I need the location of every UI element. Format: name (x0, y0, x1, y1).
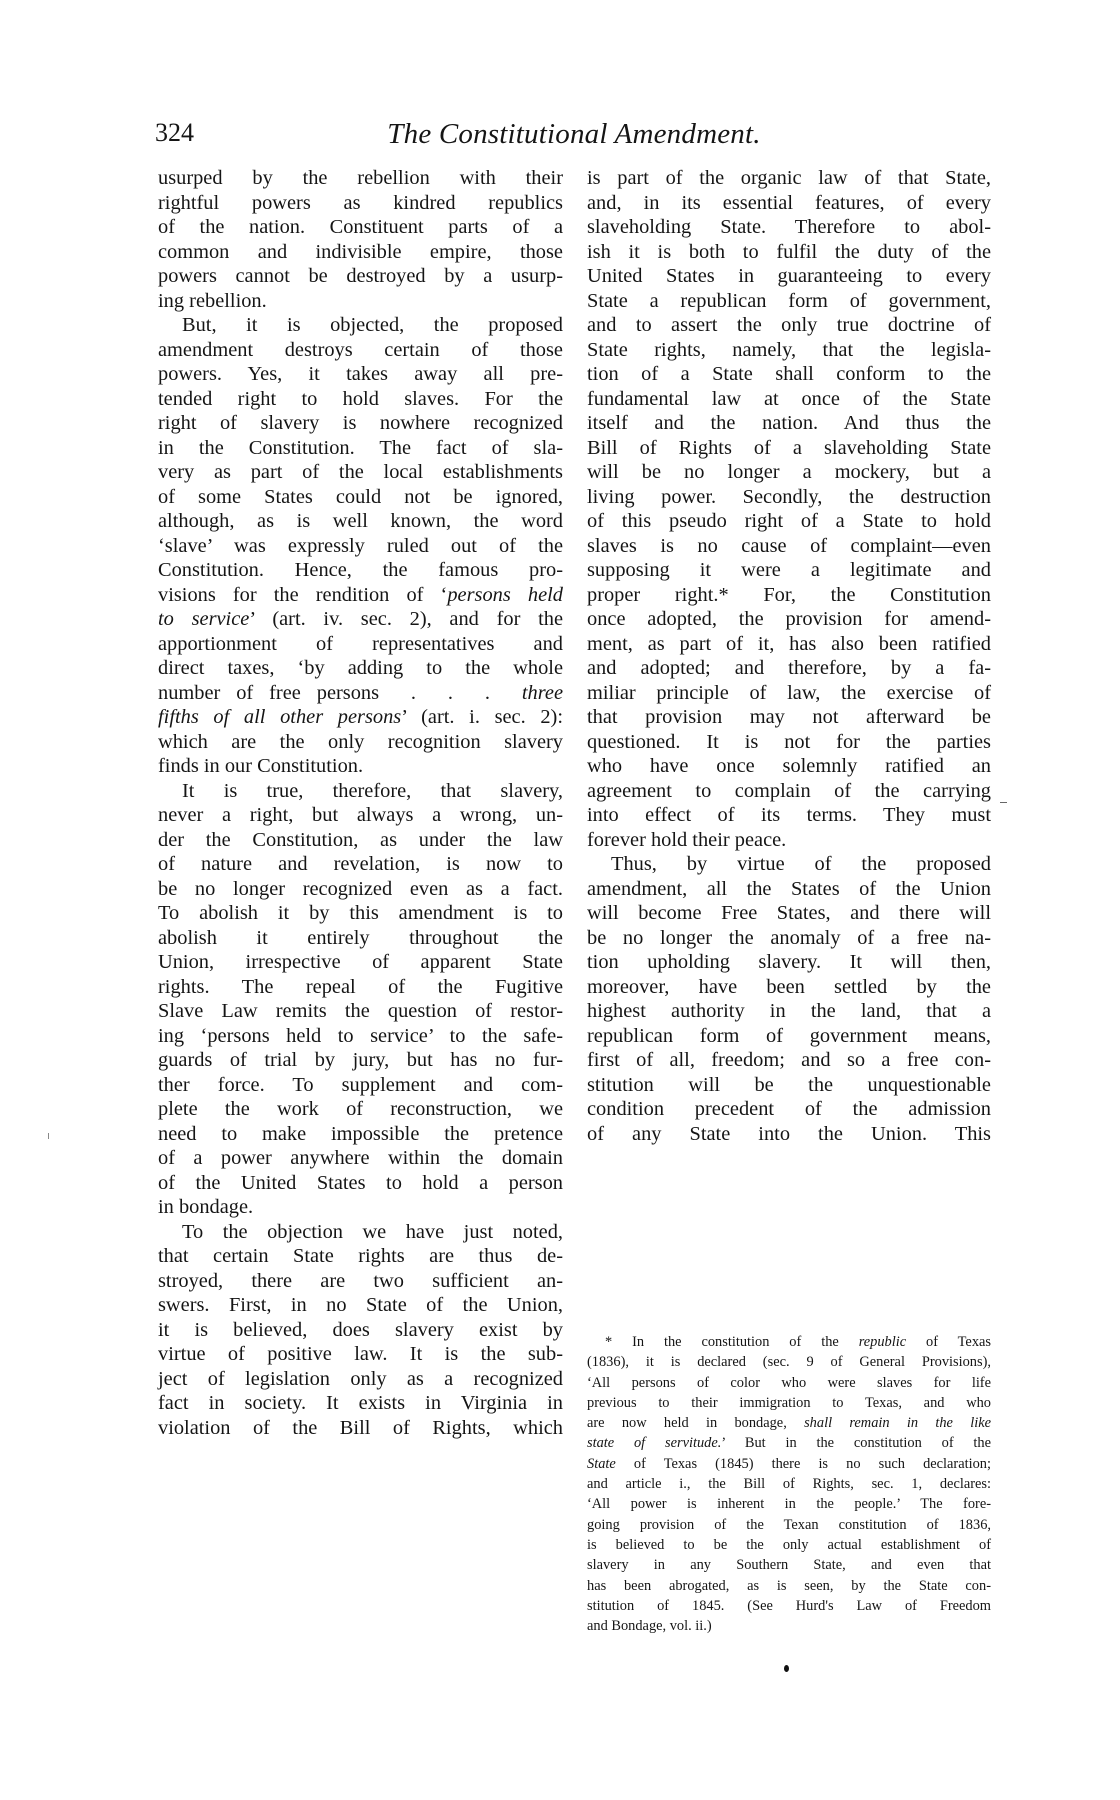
text-line: is believed to be the only actual establ… (587, 1535, 991, 1555)
text-line: slaveholding State. Therefore to abol- (587, 215, 991, 240)
text-line: be no longer the anomaly of a free na- (587, 926, 991, 951)
text-line: finds in our Constitution. (158, 754, 563, 779)
text-line: State rights, namely, that the legisla- (587, 338, 991, 363)
text-line: slavery in any Southern State, and even … (587, 1555, 991, 1575)
text-line: der the Constitution, as under the law (158, 828, 563, 853)
text-line: and Bondage, vol. ii.) (587, 1616, 991, 1636)
text-line: never a right, but always a wrong, un- (158, 803, 563, 828)
text-line: highest authority in the land, that a (587, 999, 991, 1024)
text-line: ‘slave’ was expressly ruled out of the (158, 534, 563, 559)
text-line: State of Texas (1845) there is no such d… (587, 1454, 991, 1474)
text-line: rightful powers as kindred republics (158, 191, 563, 216)
text-line: itself and the nation. And thus the (587, 411, 991, 436)
text-line: * In the constitution of the republic of… (587, 1332, 991, 1352)
text-line: and adopted; and therefore, by a fa- (587, 656, 991, 681)
text-line: abolish it entirely throughout the (158, 926, 563, 951)
text-line: stitution will be the unquestionable (587, 1073, 991, 1098)
text-line: apportionment of representatives and (158, 632, 563, 657)
text-line: slaves is no cause of complaint—even (587, 534, 991, 559)
text-line: State a republican form of government, (587, 289, 991, 314)
text-line: number of free persons . . . three (158, 681, 563, 706)
text-line: who have once solemnly ratified an (587, 754, 991, 779)
text-line: forever hold their peace. (587, 828, 991, 853)
text-line: United States in guaranteeing to every (587, 264, 991, 289)
text-line: of a power anywhere within the domain (158, 1146, 563, 1171)
text-line: amendment destroys certain of those (158, 338, 563, 363)
text-line: very as part of the local establishments (158, 460, 563, 485)
text-line: direct taxes, ‘by adding to the whole (158, 656, 563, 681)
text-line: and article i., the Bill of Rights, sec.… (587, 1474, 991, 1494)
text-line: of the United States to hold a person (158, 1171, 563, 1196)
text-line: Bill of Rights of a slaveholding State (587, 436, 991, 461)
text-line: ‘All persons of color who were slaves fo… (587, 1373, 991, 1393)
text-line: ther force. To supplement and com- (158, 1073, 563, 1098)
text-line: It is true, therefore, that slavery, (158, 779, 563, 804)
text-line: will become Free States, and there will (587, 901, 991, 926)
running-title: The Constitutional Amendment. (155, 118, 993, 151)
text-line: powers cannot be destroyed by a usurp- (158, 264, 563, 289)
text-line: is part of the organic law of that State… (587, 166, 991, 191)
right-column: is part of the organic law of that State… (587, 166, 991, 1146)
text-line: of some States could not be ignored, (158, 485, 563, 510)
text-line: questioned. It is not for the parties (587, 730, 991, 755)
running-head: 324 The Constitutional Amendment. (155, 118, 993, 158)
text-line: state of servitude.’ But in the constitu… (587, 1433, 991, 1453)
text-line: proper right.* For, the Constitution (587, 583, 991, 608)
text-line: into effect of its terms. They must (587, 803, 991, 828)
text-line: violation of the Bill of Rights, which (158, 1416, 563, 1441)
text-line: tended right to hold slaves. For the (158, 387, 563, 412)
text-line: To abolish it by this amendment is to (158, 901, 563, 926)
text-line: usurped by the rebellion with their (158, 166, 563, 191)
text-line: of the nation. Constituent parts of a (158, 215, 563, 240)
text-line: although, as is well known, the word (158, 509, 563, 534)
text-line: in bondage. (158, 1195, 563, 1220)
text-line: ing rebellion. (158, 289, 563, 314)
text-line: tion upholding slavery. It will then, (587, 950, 991, 975)
text-line: fifths of all other persons’ (art. i. se… (158, 705, 563, 730)
text-line: condition precedent of the admission (587, 1097, 991, 1122)
text-line: and to assert the only true doctrine of (587, 313, 991, 338)
text-line: virtue of positive law. It is the sub- (158, 1342, 563, 1367)
text-line: living power. Secondly, the destruction (587, 485, 991, 510)
text-line: rights. The repeal of the Fugitive (158, 975, 563, 1000)
text-line: ‘All power is inherent in the people.’ T… (587, 1494, 991, 1514)
text-line: of this pseudo right of a State to hold (587, 509, 991, 534)
left-column: usurped by the rebellion with theirright… (158, 166, 563, 1440)
text-line: common and indivisible empire, those (158, 240, 563, 265)
text-line: of nature and revelation, is now to (158, 852, 563, 877)
text-line: agreement to complain of the carrying (587, 779, 991, 804)
text-line: fundamental law at once of the State (587, 387, 991, 412)
text-line: that provision may not afterward be (587, 705, 991, 730)
text-line: visions for the rendition of ‘persons he… (158, 583, 563, 608)
text-line: right of slavery is nowhere recognized (158, 411, 563, 436)
text-line: amendment, all the States of the Union (587, 877, 991, 902)
text-line: tion of a State shall conform to the (587, 362, 991, 387)
text-line: Union, irrespective of apparent State (158, 950, 563, 975)
margin-mark (1000, 802, 1007, 803)
text-line: has been abrogated, as is seen, by the S… (587, 1576, 991, 1596)
text-line: it is believed, does slavery exist by (158, 1318, 563, 1343)
text-line: will be no longer a mockery, but a (587, 460, 991, 485)
text-line: first of all, freedom; and so a free con… (587, 1048, 991, 1073)
text-line: powers. Yes, it takes away all pre- (158, 362, 563, 387)
text-line: miliar principle of law, the exercise of (587, 681, 991, 706)
margin-mark (48, 1133, 49, 1139)
text-line: and, in its essential features, of every (587, 191, 991, 216)
text-line: need to make impossible the pretence (158, 1122, 563, 1147)
text-line: that certain State rights are thus de- (158, 1244, 563, 1269)
text-line: fact in society. It exists in Virginia i… (158, 1391, 563, 1416)
text-line: swers. First, in no State of the Union, (158, 1293, 563, 1318)
text-line: To the objection we have just noted, (158, 1220, 563, 1245)
text-line: of any State into the Union. This (587, 1122, 991, 1147)
text-line: going provision of the Texan constitutio… (587, 1515, 991, 1535)
text-line: stroyed, there are two sufficient an- (158, 1269, 563, 1294)
text-line: supposing it were a legitimate and (587, 558, 991, 583)
text-line: republican form of government means, (587, 1024, 991, 1049)
text-line: (1836), it is declared (sec. 9 of Genera… (587, 1352, 991, 1372)
text-line: ish it is both to fulfil the duty of the (587, 240, 991, 265)
ink-dot-mark (784, 1665, 789, 1672)
text-line: ing ‘persons held to service’ to the saf… (158, 1024, 563, 1049)
text-line: Thus, by virtue of the proposed (587, 852, 991, 877)
text-line: be no longer recognized even as a fact. (158, 877, 563, 902)
book-page: 324 The Constitutional Amendment. usurpe… (0, 0, 1120, 1800)
text-line: Slave Law remits the question of restor- (158, 999, 563, 1024)
text-line: plete the work of reconstruction, we (158, 1097, 563, 1122)
text-line: to service’ (art. iv. sec. 2), and for t… (158, 607, 563, 632)
footnote: * In the constitution of the republic of… (587, 1332, 991, 1636)
text-line: guards of trial by jury, but has no fur- (158, 1048, 563, 1073)
text-line: But, it is objected, the proposed (158, 313, 563, 338)
text-line: which are the only recognition slavery (158, 730, 563, 755)
text-line: once adopted, the provision for amend- (587, 607, 991, 632)
text-line: previous to their immigration to Texas, … (587, 1393, 991, 1413)
text-line: moreover, have been settled by the (587, 975, 991, 1000)
text-line: in the Constitution. The fact of sla- (158, 436, 563, 461)
text-line: are now held in bondage, shall remain in… (587, 1413, 991, 1433)
text-line: stitution of 1845. (See Hurd's Law of Fr… (587, 1596, 991, 1616)
text-line: ment, as part of it, has also been ratif… (587, 632, 991, 657)
text-line: ject of legislation only as a recognized (158, 1367, 563, 1392)
text-line: Constitution. Hence, the famous pro- (158, 558, 563, 583)
